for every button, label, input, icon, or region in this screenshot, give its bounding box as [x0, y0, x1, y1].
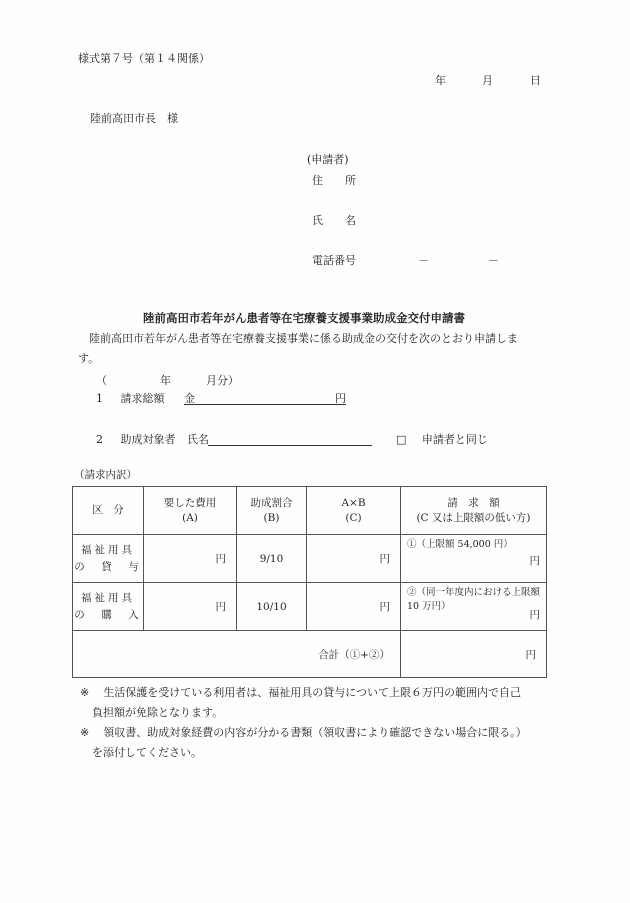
note-continuation: を添付してください。	[92, 744, 202, 760]
category-purchase: 福祉用具の 購 入	[73, 583, 144, 631]
amount-prefix: 金	[184, 390, 195, 406]
address-label: 住 所	[312, 172, 356, 188]
same-as-applicant-checkbox[interactable]: □ 申請者と同じ	[396, 431, 488, 447]
recipient-name-label: 氏名	[187, 433, 209, 446]
header-product: A×B(C)	[307, 487, 401, 535]
note-mark: ※	[80, 726, 89, 739]
name-label: 氏 名	[312, 212, 356, 228]
product-input[interactable]: 円	[307, 583, 401, 631]
item-number: 1	[96, 392, 103, 405]
rate-value: 10/10	[237, 583, 307, 631]
body-text: す。	[78, 350, 99, 366]
period-field[interactable]: （ 年 月分）	[96, 372, 246, 386]
note: ※領収書、助成対象経費の内容が分かる書類（領収書により確認できない場合に限る。）	[80, 724, 527, 740]
phone-label: 電話番号	[312, 252, 356, 268]
note-mark: ※	[80, 686, 89, 699]
address-input[interactable]	[370, 168, 550, 186]
total-input[interactable]: 円	[401, 631, 547, 678]
cost-input[interactable]: 円	[144, 583, 237, 631]
claim-limit-note: ①（上限額 54,000 円）	[407, 538, 547, 552]
header-category: 区 分	[73, 487, 144, 535]
name-input[interactable]	[370, 208, 550, 226]
category-rental: 福祉用具の 貸 与	[73, 535, 144, 583]
table-header-row: 区 分 要した費用(A) 助成割合(B) A×B(C) 請 求 額(C 又は上限…	[73, 487, 547, 535]
cost-input[interactable]: 円	[144, 535, 237, 583]
item-label: 助成対象者	[121, 433, 176, 446]
date-year-label: 年	[435, 72, 446, 88]
phone-separator: －	[418, 252, 429, 268]
document-title: 陸前高田市若年がん患者等在宅療養支援事業助成金交付申請書	[143, 310, 465, 326]
claim-input[interactable]: ①（上限額 54,000 円）円	[401, 535, 547, 583]
table-row: 福祉用具の 貸 与 円 9/10 円 ①（上限額 54,000 円）円	[73, 535, 547, 583]
breakdown-heading: （請求内訳）	[74, 467, 137, 482]
checkbox-icon: □	[396, 433, 406, 446]
body-text: 陸前高田市若年がん患者等在宅療養支援事業に係る助成金の交付を次のとおり申請しま	[78, 330, 518, 346]
item-total-amount: 1 請求総額	[96, 390, 165, 406]
period-open: （	[96, 372, 107, 388]
date-field[interactable]: 年 月 日	[435, 72, 545, 86]
item-subsidy-recipient: 2 助成対象者 氏名	[96, 431, 209, 447]
rate-value: 9/10	[237, 535, 307, 583]
note: ※生活保護を受けている利用者は、福祉用具の貸与について上限６万円の範囲内で自己	[80, 684, 521, 700]
claim-input[interactable]: ②（同一年度内における上限額 10 万円）円	[401, 583, 547, 631]
item-label: 請求総額	[121, 392, 165, 405]
period-year-label: 年	[160, 372, 171, 388]
form-number: 様式第７号（第１４関係）	[78, 50, 210, 66]
date-month-label: 月	[482, 72, 493, 88]
applicant-heading: (申請者)	[307, 151, 349, 167]
table-total-row: 合計（①+②） 円	[73, 631, 547, 678]
table-row: 福祉用具の 購 入 円 10/10 円 ②（同一年度内における上限額 10 万円…	[73, 583, 547, 631]
claim-unit: 円	[530, 553, 541, 568]
total-label: 合計（①+②）	[73, 631, 401, 678]
claim-limit-note: ②（同一年度内における上限額 10 万円）	[407, 586, 547, 614]
period-month-label: 月分）	[206, 372, 239, 388]
checkbox-label: 申請者と同じ	[422, 433, 488, 446]
header-rate: 助成割合(B)	[237, 487, 307, 535]
note-continuation: 負担額が免除となります。	[92, 704, 223, 720]
product-input[interactable]: 円	[307, 535, 401, 583]
amount-suffix: 円	[335, 390, 346, 406]
breakdown-table: 区 分 要した費用(A) 助成割合(B) A×B(C) 請 求 額(C 又は上限…	[72, 486, 547, 678]
header-cost: 要した費用(A)	[144, 487, 237, 535]
claim-unit: 円	[530, 607, 541, 622]
date-day-label: 日	[530, 72, 541, 88]
phone-input[interactable]: － －	[370, 248, 550, 266]
addressee: 陸前高田市長 様	[90, 110, 178, 126]
total-amount-input[interactable]: 金 円	[184, 390, 346, 405]
recipient-name-input[interactable]	[208, 431, 372, 446]
phone-separator: －	[488, 252, 499, 268]
item-number: 2	[96, 433, 103, 446]
header-claim: 請 求 額(C 又は上限額の低い方)	[401, 487, 547, 535]
